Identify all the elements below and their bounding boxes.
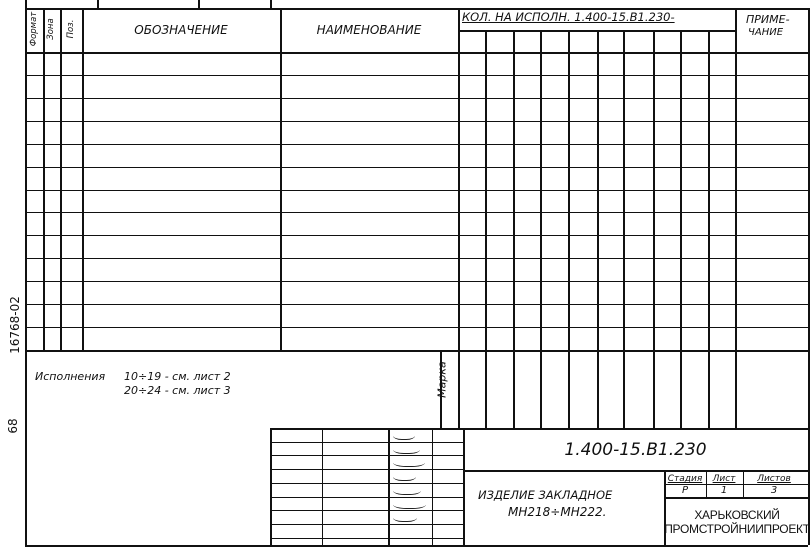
signature-scribble bbox=[393, 498, 426, 509]
stage-value: Р bbox=[665, 486, 705, 496]
marks-col-line bbox=[540, 350, 542, 428]
signature-scribble bbox=[393, 429, 415, 440]
variants-label: Исполнения bbox=[35, 371, 105, 382]
tb-stage-bottom bbox=[664, 497, 808, 499]
header-qty-title: Кол. на исполн. 1.400-15.В1.230- bbox=[462, 12, 675, 24]
sig-row-line bbox=[270, 510, 463, 511]
col-line bbox=[60, 8, 62, 350]
tb-docnum-bottom bbox=[463, 470, 808, 472]
sheets-value: 3 bbox=[744, 486, 804, 496]
sig-row-line bbox=[270, 442, 463, 443]
col-line bbox=[82, 8, 84, 350]
row-line bbox=[25, 190, 808, 191]
header-note-l1: Приме- bbox=[746, 14, 790, 25]
tb-col bbox=[322, 428, 323, 545]
signature-scribble bbox=[393, 443, 420, 454]
frame-bottom bbox=[25, 545, 808, 547]
tb-sheet-col bbox=[706, 470, 707, 497]
variants-line2: 20÷24 - см. лист 3 bbox=[124, 385, 231, 396]
marks-left-line bbox=[440, 350, 442, 428]
sig-row-line bbox=[270, 469, 463, 470]
header-pos: Поз. bbox=[66, 5, 76, 53]
frame-stub bbox=[25, 0, 27, 8]
sheets-label: Листов bbox=[744, 475, 804, 484]
signature-scribble bbox=[393, 470, 416, 481]
qty-col-line bbox=[735, 8, 737, 350]
marks-col-line bbox=[735, 350, 737, 428]
tb-stage-left bbox=[664, 470, 666, 545]
side-stamp-page: 68 bbox=[6, 411, 20, 441]
frame-stub bbox=[198, 0, 200, 8]
marks-label: Марка bbox=[436, 351, 449, 409]
frame-left bbox=[25, 8, 27, 545]
row-line bbox=[25, 167, 808, 168]
marks-col-line bbox=[458, 350, 460, 428]
row-line bbox=[25, 75, 808, 76]
frame-stub bbox=[270, 0, 272, 8]
row-line bbox=[25, 304, 808, 305]
org-line2: ПРОМСТРОЙНИИПРОЕКТ bbox=[664, 522, 810, 536]
row-line bbox=[25, 144, 808, 145]
marks-col-line bbox=[568, 350, 570, 428]
row-line bbox=[25, 327, 808, 328]
col-line bbox=[43, 8, 45, 350]
signature-scribble bbox=[393, 484, 421, 495]
stage-label: Стадия bbox=[665, 475, 705, 484]
header-zone: Зона bbox=[46, 5, 56, 53]
row-line bbox=[25, 258, 808, 259]
marks-col-line bbox=[680, 350, 682, 428]
sig-row-line bbox=[270, 538, 463, 539]
marks-bottom bbox=[270, 428, 808, 430]
sheet-label: Лист bbox=[706, 475, 742, 484]
marks-col-line bbox=[513, 350, 515, 428]
tb-left bbox=[270, 428, 272, 545]
title-line2: МН218÷МН222. bbox=[508, 506, 606, 518]
header-note-l2: чание bbox=[748, 28, 783, 38]
marks-col-line bbox=[708, 350, 710, 428]
doc-number: 1.400-15.В1.230 bbox=[463, 442, 808, 459]
org-line1: ХАРЬКОВСКИЙ bbox=[664, 508, 810, 522]
tb-col bbox=[388, 428, 390, 545]
header-bottom bbox=[25, 52, 808, 54]
tb-sheets-col bbox=[743, 470, 744, 497]
qty-col-line bbox=[458, 8, 460, 350]
sheet-value: 1 bbox=[706, 486, 742, 496]
sig-row-line bbox=[270, 483, 463, 484]
marks-col-line bbox=[597, 350, 599, 428]
row-line bbox=[25, 235, 808, 236]
frame-right bbox=[808, 8, 810, 545]
header-name: Наименование bbox=[280, 24, 458, 36]
signature-scribble bbox=[393, 456, 425, 467]
row-line bbox=[25, 281, 808, 282]
tb-stage-split bbox=[664, 484, 808, 485]
header-designation: Обозначение bbox=[82, 24, 280, 36]
sig-row-line bbox=[270, 455, 463, 456]
row-line bbox=[25, 212, 808, 213]
header-format: Формат bbox=[29, 5, 39, 53]
col-line bbox=[280, 8, 282, 350]
frame-stub bbox=[97, 0, 99, 8]
title-line1: Изделие закладное bbox=[478, 490, 612, 502]
marks-col-line bbox=[485, 350, 487, 428]
sig-row-line bbox=[270, 524, 463, 525]
marks-col-line bbox=[653, 350, 655, 428]
signature-scribble bbox=[393, 511, 417, 522]
row-line bbox=[25, 350, 808, 352]
row-line bbox=[25, 121, 808, 122]
row-line bbox=[25, 98, 808, 99]
sig-row-line bbox=[270, 497, 463, 498]
variants-line1: 10÷19 - см. лист 2 bbox=[124, 371, 231, 382]
side-stamp-number: 16768-02 bbox=[8, 290, 22, 360]
tb-col bbox=[463, 428, 465, 545]
tb-col bbox=[432, 428, 433, 545]
marks-col-line bbox=[623, 350, 625, 428]
frame-top bbox=[25, 8, 808, 10]
